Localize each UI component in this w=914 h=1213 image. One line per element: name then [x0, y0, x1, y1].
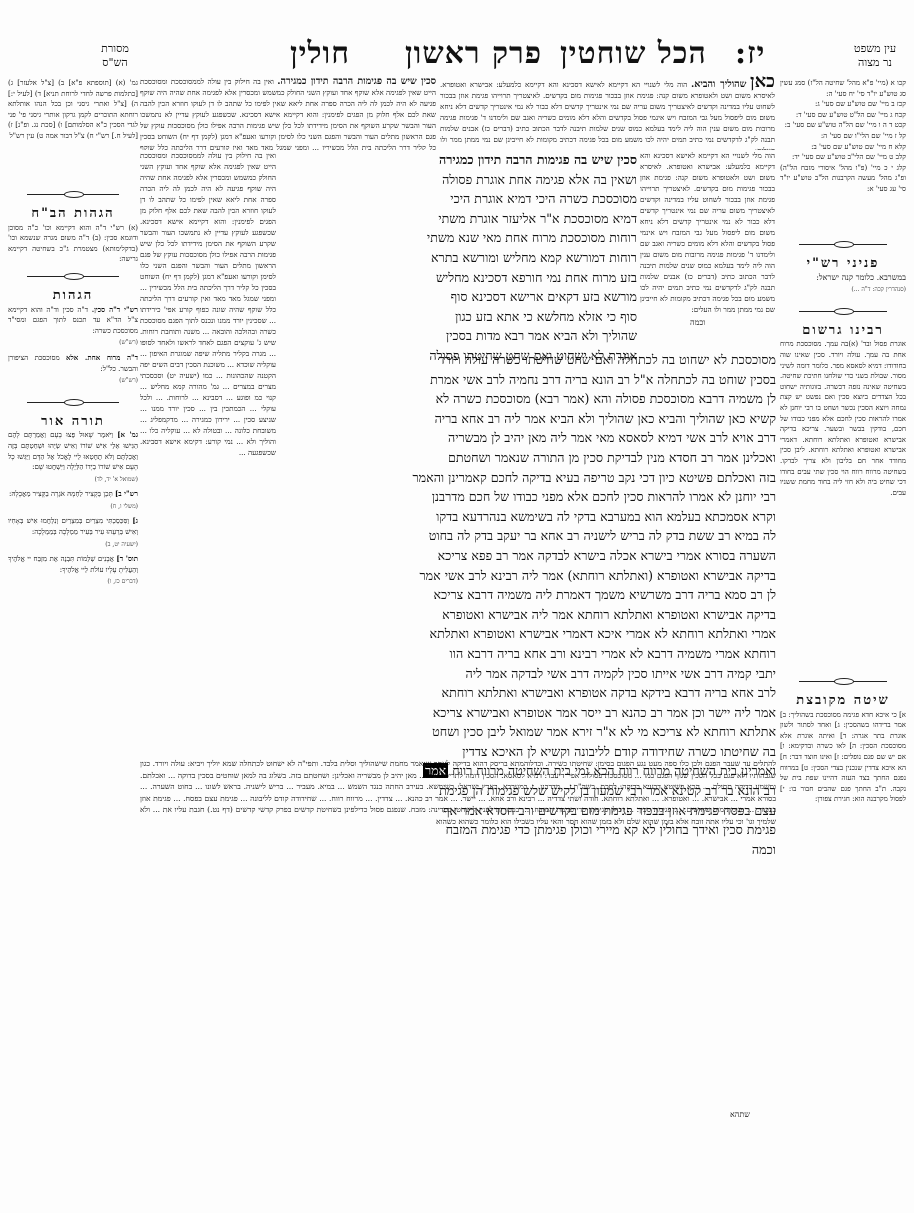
- tractate-title: חולין: [290, 36, 350, 71]
- torah-or-ref: (דברים כז, ו): [8, 577, 138, 588]
- shita-mekubetzet-title: שיטה מקובצת: [780, 696, 906, 707]
- torah-or-entry: רש"י ב] תָּכֵן בְּקָצִיר לַחְמָהּ אֹגְרָ…: [8, 489, 138, 516]
- rashi-opening-word: כאן: [750, 76, 775, 92]
- ein-mishpat-entry: קכח ג מיי' שם הל"ט טוש"ע שם סעי' ד:: [780, 110, 906, 121]
- right-margin-lower: שיטה מקובצת א] כי איכא חדא פגימה מסוכסכת…: [780, 670, 906, 920]
- hagahot-ref: (רש"ש): [8, 338, 138, 349]
- gemara-line: ושאין בה אלא פגימה אחת אוגרת פסולה: [282, 170, 637, 190]
- gemara-line: רוחות דמורשא קמא מחליש ומורשא בתרא: [282, 248, 637, 268]
- daf-number: יז:: [735, 36, 765, 71]
- hagahot-title: הגהות: [8, 291, 138, 302]
- torah-or-entry: גמ' א] וַיֹּאמֶר שָׁאוּל פֻּצוּ בָעָם וַ…: [8, 430, 138, 489]
- penei-rashi-text: במשרבא. כלומר קנה ישראל:: [780, 273, 906, 284]
- torah-or-marker: רש"י ב]: [115, 489, 138, 498]
- hagahot-entry: ד"ה מרוח אחת. אלא מסוכסכת הציפורן והבשר.…: [8, 353, 138, 391]
- ein-mishpat-entry: קכו א (מיי' פ"א מהל' שחיטה הל"ז) סמג עשי…: [780, 78, 906, 99]
- tosafot-commentary: סכין שיש בה פגימות הרבה תידון כמגירה. וא…: [140, 76, 436, 150]
- ornament-divider: [16, 189, 130, 199]
- hagahot-bach-text: (א) רש"י ד"ה והוא דקיימא וכו' כ"ה מסוכן …: [8, 223, 138, 265]
- gemara-line: בסכין שוחט בה לכתחלה א"ל רב הונא בריה דר…: [282, 370, 776, 390]
- rashi-text: הוה מלי לשנויי הא דקיימא לאישא דסכינא וה…: [440, 80, 775, 150]
- page-catchword: שתהא: [730, 1110, 750, 1119]
- tosafot-opening-lemma: סכין שיש בה פגימות הרבה תידון כמגירה.: [277, 76, 436, 87]
- ornament-divider: [788, 306, 898, 316]
- penei-rashi-ref: (סנהדרין קכה: ד"ה ...): [780, 285, 906, 296]
- left-margin: גמ' (א) [תוספתא פ"א] ב) [צ"ל אלעזר] ג) […: [8, 78, 138, 798]
- rashi-commentary: כאן שהוליך והביא. הוה מלי לשנויי הא דקיי…: [440, 76, 775, 150]
- shita-mekubetzet-text: א] כי איכא חדא פגימה מסוכסכת בשהוליך: ב]…: [780, 710, 906, 805]
- torah-or-ref: (ישעיה יט, ב): [8, 540, 138, 551]
- torah-or-text: וַסִּכַּסְכְתִּי מִצְרַיִם בְּמִצְרַיִם …: [8, 517, 138, 536]
- hagahot-lemma: ד"ה מרוח אחת. אלא: [66, 353, 138, 362]
- gemara-line: מסוכסכת לא ישחוט בה לכתחלה ואם שחט שחיטת…: [282, 350, 776, 370]
- ein-mishpat-line2: נר מצוה: [845, 56, 905, 70]
- ornament-divider: [788, 676, 898, 686]
- rabbeinu-gershom-text: אוגרת פסול ובד' (א)בה עמך. מסוכסכת מרוח …: [780, 339, 906, 639]
- torah-or-marker: גמ' א]: [117, 430, 138, 439]
- gemara-line: אתלתא רוחתא לא צריכא מי לא א"ר זירא אמר …: [282, 722, 776, 742]
- masoret-label: מסורת הש"ס: [90, 42, 140, 70]
- torah-or-entry: ג] וַסִּכַּסְכְתִּי מִצְרַיִם בְּמִצְרַי…: [8, 516, 138, 554]
- gemara-line: קשיא כאן שהוליך והביא כאן שהוליך ולא הבי…: [282, 409, 776, 429]
- gemara-line: ואכלינן אמר רב חסדא מנין לבדיקת סכין מן …: [282, 448, 776, 468]
- ornament-divider: [16, 397, 130, 407]
- gemara-line: לן רב סמא בריה דרב משרשיא משמך דאמרת ליה…: [282, 585, 776, 605]
- gemara-line: רוחתא אמרי משמיה דרבא לא אמרי רבינא ורב …: [282, 644, 776, 664]
- gemara-line: בדיקה אבישרא ואטופרא (ואתלתא רוחתא) אמר …: [282, 566, 776, 586]
- masoret-line1: מסורת: [90, 42, 140, 56]
- hagahot-entry: רש"י ד"ה סכין. ד"ה סכין וד"ה והוא דקיימא…: [8, 305, 138, 353]
- lower-rashi-text: להתלים עד שעבר הפגם ולכן כלו ספה מעט נגע…: [140, 759, 776, 826]
- ein-mishpat-entry: קל ז מיי' שם הלי"ו שם סעי' ה:: [780, 131, 906, 142]
- lower-rashi: להתלים עד שעבר הפגם ולכן כלו ספה מעט נגע…: [140, 758, 776, 1108]
- ein-mishpat-entry: קלא ח מיי' שם טוש"ע שם סעי' ב:: [780, 142, 906, 153]
- penei-rashi-title: פניני רש"י: [780, 259, 906, 270]
- gemara-line: בזה ואכלתם פשיטא כיון דכי נקב טריפה בעיא…: [282, 468, 776, 488]
- gemara-line: מסוכסכת כשרה היכי דמיא אוגרת היכי: [282, 189, 637, 209]
- torah-or-marker: ג]: [132, 516, 138, 525]
- gemara-line: אמר ליה יישר וכן אמר רב כהנא רב ייסר אמר…: [282, 703, 776, 723]
- gemara-line: רבי יוחנן לא אמרו להראות סכין לחכם אלא מ…: [282, 487, 776, 507]
- gemara-line: סוף כי אזלא מחלשא כי אתא בזע כגון: [282, 307, 637, 327]
- ein-mishpat-entry: קלב ט מיי' שם הלי"ב טוש"ע שם סעי' יד:: [780, 152, 906, 163]
- gemara-line: רוחות מסוכסכת מרוח אחת מאי שנא משתי: [282, 228, 637, 248]
- ein-mishpat-label: עין משפט נר מצוה: [845, 42, 905, 70]
- gemara-opening: סכין שיש בה פגימות הרבה תידון כמגירה: [439, 152, 637, 167]
- rabbeinu-gershom-title: רבינו גרשום: [780, 326, 906, 337]
- ein-mishpat-entries: קכו א (מיי' פ"א מהל' שחיטה הל"ז) סמג עשי…: [780, 78, 906, 233]
- torah-or-text: תָּכֵן בְּקָצִיר לַחְמָהּ אֹגְרָה בַקָּצ…: [9, 490, 113, 498]
- gemara-line: דמיא מסוכסכת א"ר אליעזר אוגרת משתי: [282, 209, 637, 229]
- gemara-line: מורשא בזע דקאים ארישא דסכינא סוף: [282, 287, 637, 307]
- gemara-line: אמרי ואתלתא רוחתא לא אמרי איכא דאמרי אבי…: [282, 624, 776, 644]
- chapter-name: הכל שוחטין: [560, 36, 707, 71]
- gemara-line: סכין שיש בה פגימות הרבה תידון כמגירה: [282, 150, 637, 170]
- torah-or-entry: תוס' ד] אֲבָנִים שְׁלֵמוֹת תִּבְנֶה אֶת …: [8, 554, 138, 592]
- hagahot-lemma: רש"י ד"ה סכין.: [92, 305, 138, 314]
- right-margin: קכו א (מיי' פ"א מהל' שחיטה הל"ז) סמג עשי…: [780, 78, 906, 728]
- tosafot-text-side: ואין בה חילוק בין עולה לממסוכסכת ומסוכסכ…: [140, 151, 276, 457]
- gemara-line: שהוליך ולא הביא אמר רבא מדות בסכין: [282, 326, 637, 346]
- masoret-line2: הש"ס: [90, 56, 140, 70]
- hagahot-ref: (רש"ש): [8, 376, 138, 387]
- torah-or-title: תורה אור: [8, 417, 138, 428]
- rashi-text-side: הוה מלי לשנויי הא דקיימא לאישא דסכינא וה…: [640, 151, 775, 314]
- gemara-line: יתבי קמיה דרב אשי אייתו סכין לקמיה דרב א…: [282, 664, 776, 684]
- gemara-line: בדיקה אבישרא ואטופרא ואתלתא רוחתא אמר לי…: [282, 605, 776, 625]
- gemara-line: לה במיא רב ששת בדק לה בריש לישניה רב אחא…: [282, 526, 776, 546]
- gemara-line: השערה בסורא אמרי בישרא אכלה בישרא לבדקה …: [282, 546, 776, 566]
- tosafot-commentary-side: ואין בה חילוק בין עולה לממסוכסכת ומסוכסכ…: [140, 150, 276, 790]
- masoret-hashas-entries: גמ' (א) [תוספתא פ"א] ב) [צ"ל אלעזר] ג) […: [8, 78, 138, 183]
- rashi-opening-lemma: שהוליך והביא.: [691, 79, 746, 90]
- perek-title: פרק ראשון: [405, 36, 542, 71]
- ein-mishpat-entry: קלג י כ מיי' (פ"ו מהל' איסורי מזבח הל"ה)…: [780, 163, 906, 195]
- gemara-upper: סכין שיש בה פגימות הרבה תידון כמגירה ושא…: [282, 150, 637, 366]
- gemara-line: לרב אחא בריה דרבא בידקא בדקה אטופרא ואבי…: [282, 683, 776, 703]
- hagahot-bach-title: הגהות הב"ח: [8, 209, 138, 220]
- gemara-line: לן משמיה דרבא מסוכסכת פסולה והא (אמר רבא…: [282, 389, 776, 409]
- ornament-divider: [788, 239, 898, 249]
- gemara-line: דרב אויא לרב אשי דמיא לסאסא מאי אמר ליה …: [282, 428, 776, 448]
- gemara-line: בזע מרוח אחת נמי חורפא דסכינא מחליש: [282, 268, 637, 288]
- rashi-closing-word: וכמה: [690, 318, 705, 327]
- torah-or-ref: (שמואל א' יד, לד): [8, 475, 138, 486]
- gemara-line: וקרא אסמכתא בעלמא הוא במערבא בדקי לה בשי…: [282, 507, 776, 527]
- ein-mishpat-entry: קכז ב מיי' שם טוש"ע שם סעי' ג:: [780, 99, 906, 110]
- ein-mishpat-entry: קכט ד ה ו מיי' שם הל"ה טוש"ע שם סעי' ב:: [780, 120, 906, 131]
- ein-mishpat-line1: עין משפט: [845, 42, 905, 56]
- torah-or-ref: (משלי ו, ח): [8, 502, 138, 513]
- torah-or-marker: תוס' ד]: [116, 554, 138, 563]
- ornament-divider: [16, 271, 130, 281]
- tosafot-text: ואין בה חילוק בין עולה לממסוכסכת ומסוכסכ…: [140, 77, 436, 150]
